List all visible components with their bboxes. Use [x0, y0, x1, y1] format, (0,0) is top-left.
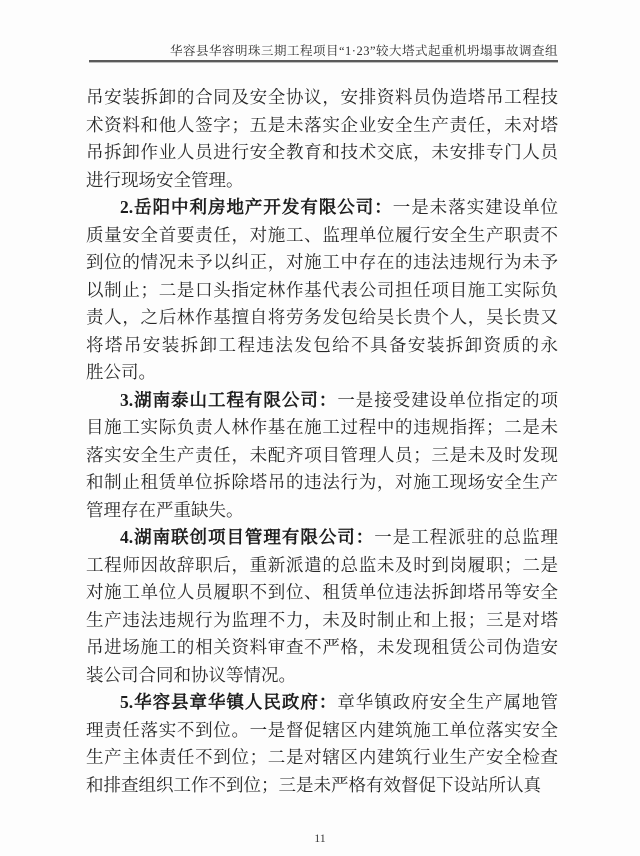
text-line: 吊安装拆卸的合同及安全协议，安排资料员伪造塔吊工程技	[86, 84, 558, 112]
text-line: 装公司合同和协议等情况。	[86, 662, 558, 690]
text-line: 5.华容县章华镇人民政府：章华镇政府安全生产属地管	[86, 689, 558, 717]
text-line: 对施工单位人员履职不到位、租赁单位违法拆卸塔吊等安全	[86, 579, 558, 607]
text-line: 到位的情况未予以纠正，对施工中存在的违法违规行为未予	[86, 249, 558, 277]
text-line: 胜公司。	[86, 359, 558, 387]
text-line: 进行现场安全管理。	[86, 167, 558, 195]
text-line: 和制止租赁单位拆除塔吊的违法行为，对施工现场安全生产	[86, 469, 558, 497]
document-page: 华容县华容明珠三期工程项目“1·23”较大塔式起重机坍塌事故调查组 吊安装拆卸的…	[0, 0, 640, 856]
paragraph-heading: 5.华容县章华镇人民政府：	[120, 692, 337, 712]
text-line: 落实安全生产责任，未配齐项目管理人员；三是未及时发现	[86, 442, 558, 470]
text-line: 理责任落实不到位。一是督促辖区内建筑施工单位落实安全	[86, 717, 558, 745]
header-divider-rule	[89, 60, 558, 63]
text-line: 生产主体责任不到位；二是对辖区内建筑行业生产安全检查	[86, 744, 558, 772]
paragraph-heading: 3.湖南泰山工程有限公司：	[120, 390, 337, 410]
paragraph-heading: 2.岳阳中利房地产开发有限公司：	[120, 197, 393, 217]
text-line: 以制止；二是口头指定林作基代表公司担任项目施工实际负	[86, 277, 558, 305]
text-line: 目施工实际负责人林作基在施工过程中的违规指挥；二是未	[86, 414, 558, 442]
text-line: 2.岳阳中利房地产开发有限公司：一是未落实建设单位	[86, 194, 558, 222]
text-line: 责人，之后林作基擅自将劳务发包给吴长贵个人，吴长贵又	[86, 304, 558, 332]
text-line: 术资料和他人签字；五是未落实企业安全生产责任，未对塔	[86, 112, 558, 140]
text-line: 3.湖南泰山工程有限公司：一是接受建设单位指定的项	[86, 387, 558, 415]
page-header-title: 华容县华容明珠三期工程项目“1·23”较大塔式起重机坍塌事故调查组	[88, 44, 558, 58]
text-line: 质量安全首要责任，对施工、监理单位履行安全生产职责不	[86, 222, 558, 250]
text-line: 生产违法违规行为监理不力，未及时制止和上报；三是对塔	[86, 607, 558, 635]
text-line: 4.湖南联创项目管理有限公司：一是工程派驻的总监理	[86, 524, 558, 552]
text-line: 管理存在严重缺失。	[86, 497, 558, 525]
document-body: 吊安装拆卸的合同及安全协议，安排资料员伪造塔吊工程技术资料和他人签字；五是未落实…	[86, 84, 558, 799]
page-number: 11	[0, 831, 640, 846]
text-line: 工程师因故辞职后，重新派遣的总监未及时到岗履职；二是	[86, 552, 558, 580]
paragraph-heading: 4.湖南联创项目管理有限公司：	[120, 527, 374, 547]
text-line: 和排查组织工作不到位；三是未严格有效督促下设站所认真	[86, 772, 558, 800]
text-line: 吊拆卸作业人员进行安全教育和技术交底，未安排专门人员	[86, 139, 558, 167]
text-line: 将塔吊安装拆卸工程违法发包给不具备安装拆卸资质的永	[86, 332, 558, 360]
text-line: 吊进场施工的相关资料审查不严格，未发现租赁公司伪造安	[86, 634, 558, 662]
